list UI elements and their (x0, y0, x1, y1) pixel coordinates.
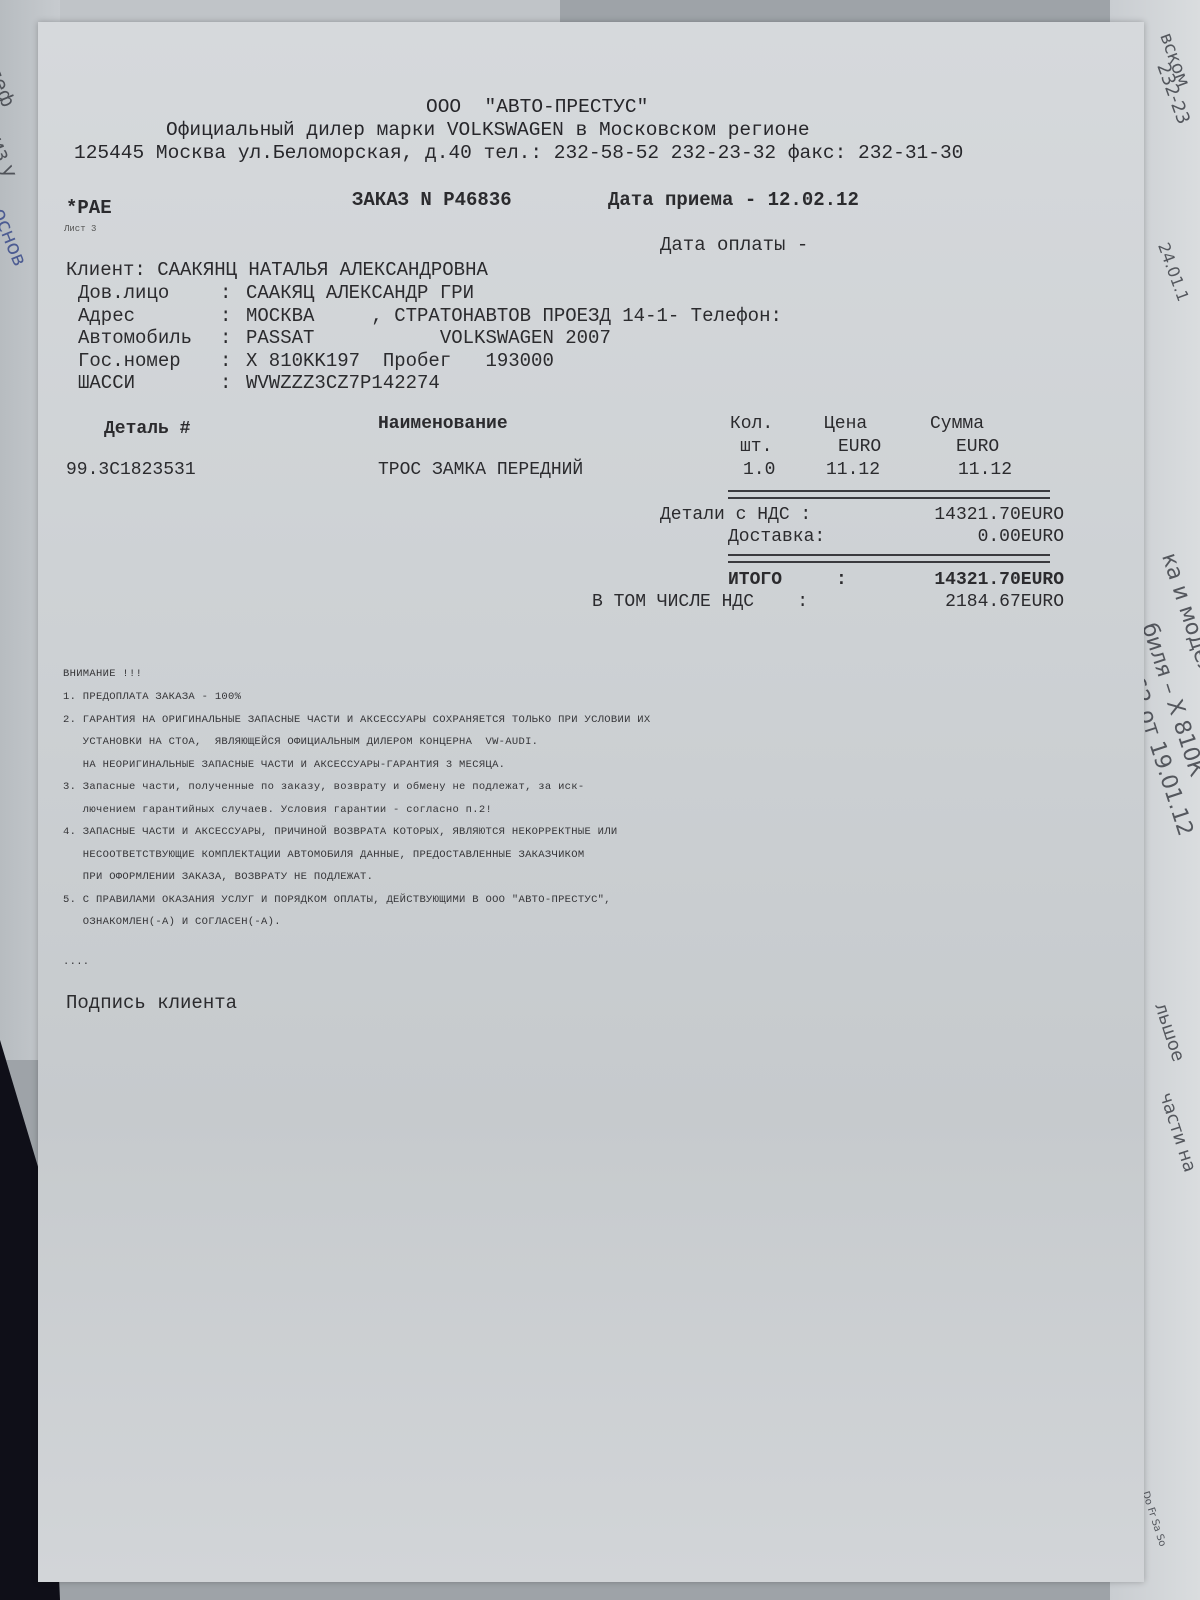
note-line: НЕСООТВЕТСТВУЮЩИЕ КОМПЛЕКТАЦИИ АВТОМОБИЛ… (63, 849, 584, 861)
client-field-value: МОСКВА , СТРАТОНАВТОВ ПРОЕЗД 14-1- Телеф… (246, 305, 782, 327)
col-header-price: Цена (824, 414, 867, 434)
delivery-value: 0.00EURO (864, 527, 1064, 547)
double-rule (728, 490, 1050, 499)
order-document: ООО "АВТО-ПРЕСТУС" Официальный дилер мар… (38, 22, 1144, 1582)
client-field-colon: : (220, 327, 231, 349)
signature-label: Подпись клиента (66, 992, 237, 1014)
client-field-label: Адрес (78, 305, 135, 327)
note-line: 1. ПРЕДОПЛАТА ЗАКАЗА - 100% (63, 691, 241, 703)
vat-value: 2184.67EURO (864, 592, 1064, 612)
client-field-value: СААКЯЦ АЛЕКСАНДР ГРИ (246, 282, 474, 304)
client-field-value: X 810KK197 Пробег 193000 (246, 350, 554, 372)
client-field-value: WVWZZZ3CZ7P142274 (246, 372, 440, 394)
note-line: НА НЕОРИГИНАЛЬНЫЕ ЗАПАСНЫЕ ЧАСТИ И АКСЕС… (63, 759, 505, 771)
double-rule (728, 554, 1050, 563)
note-line: 2. ГАРАНТИЯ НА ОРИГИНАЛЬНЫЕ ЗАПАСНЫЕ ЧАС… (63, 714, 651, 726)
company-address: 125445 Москва ул.Беломорская, д.40 тел.:… (74, 142, 963, 164)
client-field-colon: : (220, 372, 231, 394)
note-line: 4. ЗАПАСНЫЕ ЧАСТИ И АКСЕССУАРЫ, ПРИЧИНОЙ… (63, 826, 618, 838)
notes-title: ВНИМАНИЕ !!! (63, 668, 142, 680)
date-received: Дата приема - 12.02.12 (608, 189, 859, 211)
parts-vat-label: Детали с НДС : (660, 505, 811, 525)
vat-label: В ТОМ ЧИСЛЕ НДС : (592, 592, 808, 612)
client-field-colon: : (220, 350, 231, 372)
cell-price: 11.12 (826, 460, 880, 480)
col-header-sum: Сумма (930, 414, 984, 434)
col-header-name: Наименование (378, 414, 508, 434)
delivery-label: Доставка: (728, 527, 825, 547)
note-line: ОЗНАКОМЛЕН(-А) И СОГЛАСЕН(-А). (63, 916, 281, 928)
client-field-label: ШАССИ (78, 372, 135, 394)
doc-code: *PAE (66, 197, 112, 219)
client-field-colon: : (220, 305, 231, 327)
cell-part-name: ТРОС ЗАМКА ПЕРЕДНИЙ (378, 460, 583, 480)
cell-sum: 11.12 (958, 460, 1012, 480)
client-field-label: Автомобиль (78, 327, 192, 349)
note-line: УСТАНОВКИ НА СТОА, ЯВЛЯЮЩЕЙСЯ ОФИЦИАЛЬНЫ… (63, 736, 538, 748)
col-header-part: Деталь # (104, 419, 190, 439)
note-line: 5. С ПРАВИЛАМИ ОКАЗАНИЯ УСЛУГ И ПОРЯДКОМ… (63, 894, 611, 906)
order-number: ЗАКАЗ N P46836 (352, 189, 512, 211)
cell-part-number: 99.3C1823531 (66, 460, 196, 480)
company-subtitle: Официальный дилер марки VOLKSWAGEN в Мос… (166, 119, 810, 141)
company-name: ООО "АВТО-ПРЕСТУС" (426, 96, 648, 118)
col-header-qty-unit: шт. (740, 437, 772, 457)
col-header-qty: Кол. (730, 414, 773, 434)
client-name: Клиент: СААКЯНЦ НАТАЛЬЯ АЛЕКСАНДРОВНА (66, 259, 488, 281)
date-paid: Дата оплаты - (660, 234, 808, 256)
client-field-colon: : (220, 282, 231, 304)
client-field-value: PASSAT VOLKSWAGEN 2007 (246, 327, 611, 349)
client-field-label: Дов.лицо (78, 282, 169, 304)
parts-vat-value: 14321.70EURO (864, 505, 1064, 525)
sheet-number: Лист 3 (64, 224, 96, 234)
notes-dots: .... (63, 956, 89, 968)
cell-qty: 1.0 (743, 460, 775, 480)
total-value: 14321.70EURO (864, 570, 1064, 590)
client-field-label: Гос.номер (78, 350, 181, 372)
total-label: ИТОГО : (728, 570, 847, 590)
note-line: 3. Запасные части, полученные по заказу,… (63, 781, 584, 793)
col-header-sum-unit: EURO (956, 437, 999, 457)
note-line: лючением гарантийных случаев. Условия га… (63, 804, 492, 816)
col-header-price-unit: EURO (838, 437, 881, 457)
note-line: ПРИ ОФОРМЛЕНИИ ЗАКАЗА, ВОЗВРАТУ НЕ ПОДЛЕ… (63, 871, 373, 883)
